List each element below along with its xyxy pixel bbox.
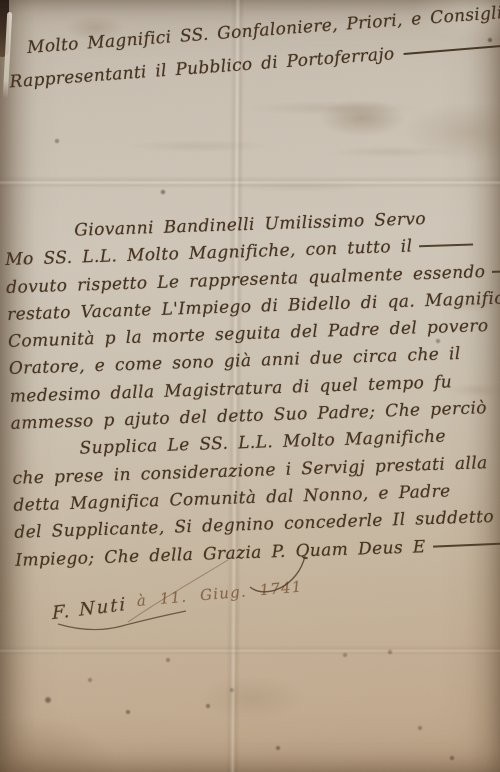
ink-rule (419, 244, 473, 248)
ink-rule (492, 269, 500, 273)
date-line: à 11. Giug. 1741 (136, 578, 303, 610)
petition-body: Giovanni Bandinelli Umilissimo Servo Mo … (4, 204, 500, 575)
fold-crease-horizontal-upper (0, 176, 500, 188)
signature: F. Nuti (52, 594, 127, 624)
fold-crease-horizontal-lower (0, 645, 500, 655)
ink-rule (403, 41, 500, 55)
ink-rule (433, 539, 500, 547)
petition-header: Molto Magnifici SS. Gonfaloniere, Priori… (26, 0, 500, 98)
manuscript-photo: Molto Magnifici SS. Gonfaloniere, Priori… (0, 0, 500, 772)
